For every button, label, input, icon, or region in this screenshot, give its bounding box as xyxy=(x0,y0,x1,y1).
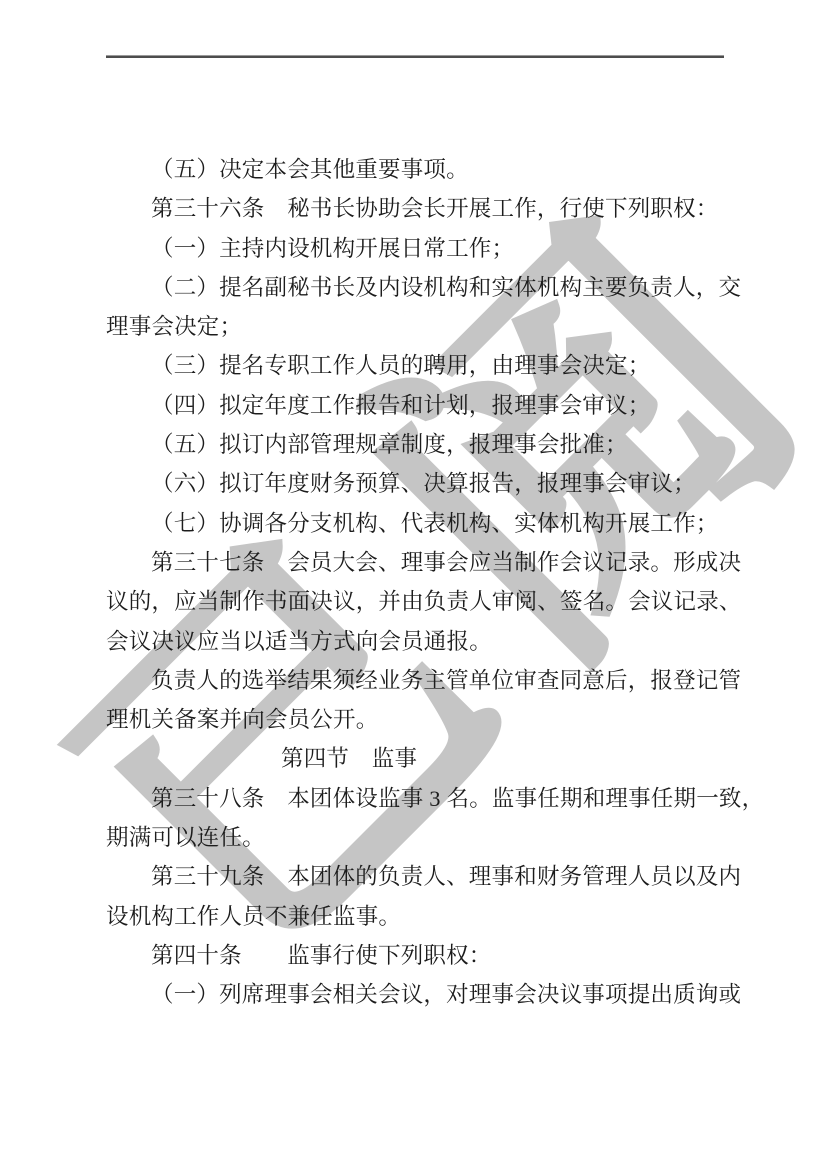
text-line: （一）列席理事会相关会议，对理事会决议事项提出质询或 xyxy=(106,975,746,1014)
text-line: （一）主持内设机构开展日常工作； xyxy=(106,229,746,268)
text-line: 负责人的选举结果须经业务主管单位审查同意后，报登记管 xyxy=(106,661,746,700)
text-line: （五）决定本会其他重要事项。 xyxy=(106,150,746,189)
header-rule xyxy=(106,55,724,58)
text-line: （六）拟订年度财务预算、决算报告，报理事会审议； xyxy=(106,464,746,503)
document-body: （五）决定本会其他重要事项。第三十六条 秘书长协助会长开展工作，行使下列职权：（… xyxy=(106,150,746,1015)
text-line: 第三十六条 秘书长协助会长开展工作，行使下列职权： xyxy=(106,189,746,228)
text-line: 理事会决定； xyxy=(106,307,746,346)
text-line: 第三十七条 会员大会、理事会应当制作会议记录。形成决 xyxy=(106,543,746,582)
text-line: 会议决议应当以适当方式向会员通报。 xyxy=(106,622,746,661)
document-page: 已阅 （五）决定本会其他重要事项。第三十六条 秘书长协助会长开展工作，行使下列职… xyxy=(0,0,830,1174)
text-line: （三）提名专职工作人员的聘用，由理事会决定； xyxy=(106,346,746,385)
section-heading: 第四节 监事 xyxy=(106,739,746,778)
text-line: 议的，应当制作书面决议，并由负责人审阅、签名。会议记录、 xyxy=(106,582,746,621)
text-line: （七）协调各分支机构、代表机构、实体机构开展工作； xyxy=(106,504,746,543)
text-line: 理机关备案并向会员公开。 xyxy=(106,700,746,739)
text-line: （五）拟订内部管理规章制度，报理事会批准； xyxy=(106,425,746,464)
text-line: 设机构工作人员不兼任监事。 xyxy=(106,897,746,936)
text-line: （二）提名副秘书长及内设机构和实体机构主要负责人，交 xyxy=(106,268,746,307)
text-line: 第四十条 监事行使下列职权： xyxy=(106,936,746,975)
text-line: （四）拟定年度工作报告和计划，报理事会审议； xyxy=(106,386,746,425)
text-line: 第三十八条 本团体设监事 3 名。监事任期和理事任期一致， xyxy=(106,779,746,818)
text-line: 期满可以连任。 xyxy=(106,818,746,857)
text-line: 第三十九条 本团体的负责人、理事和财务管理人员以及内 xyxy=(106,857,746,896)
